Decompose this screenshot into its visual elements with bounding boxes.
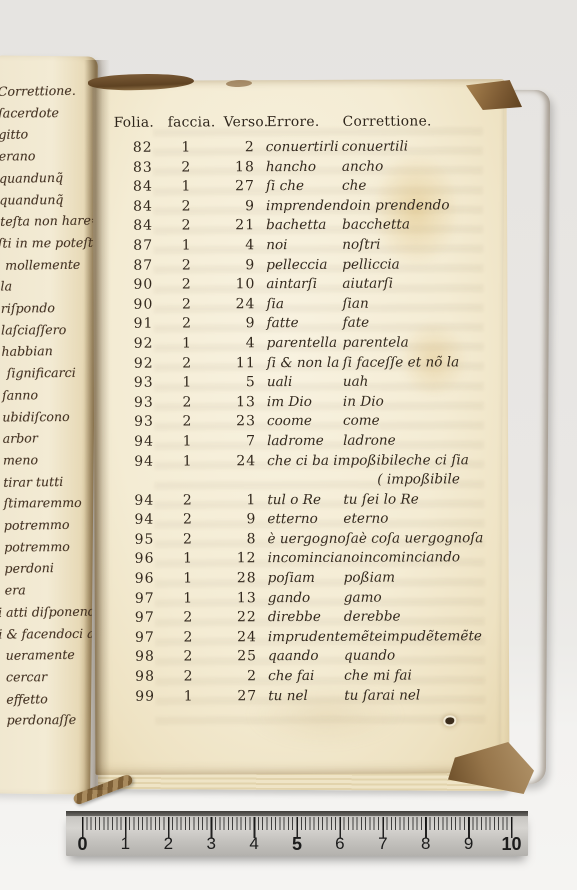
ruler-number: 0 — [77, 834, 87, 855]
cell-correttione: incominciando — [359, 550, 460, 566]
cell-verso: 18 — [217, 159, 255, 175]
cell-faccia: 1 — [174, 453, 200, 469]
header-folio: Folia. — [114, 115, 162, 131]
cell-faccia: 1 — [175, 551, 201, 567]
cell-verso: 1 — [218, 492, 256, 508]
cell-folio: 96 — [128, 571, 162, 587]
errata-row: 8729pellecciapelliccia — [93, 256, 507, 277]
cell-folio: 97 — [128, 590, 162, 606]
cell-folio: 90 — [126, 296, 160, 312]
ruler-number: 7 — [378, 834, 387, 854]
cell-errore: im Dio — [267, 394, 343, 410]
errata-row: 96128poſiampoßiam — [95, 569, 509, 590]
cell-errore: che ci ba impoßibile — [267, 452, 406, 469]
errata-row: 93213im Dioin Dio — [94, 393, 508, 414]
cell-errore: bachetta — [266, 217, 342, 233]
errata-row: 93223coomecome — [94, 412, 508, 433]
cell-correttione: che ci ſia — [406, 452, 469, 468]
cell-errore: fatte — [267, 315, 343, 331]
cell-correttione: tu ſarai nel — [344, 687, 420, 703]
cell-errore: direbbe — [268, 609, 344, 625]
errata-table-header: Folia. faccia. Verso. Errore. Correttion… — [93, 113, 507, 137]
errata-row: 8429imprendendoin prendendo — [93, 197, 507, 218]
cell-verso: 7 — [218, 433, 256, 449]
cell-errore: imprendendo — [266, 198, 358, 214]
parchment-cover-edge — [500, 90, 550, 784]
errata-row: 97222direbbederebbe — [95, 608, 509, 629]
cell-folio: 93 — [127, 394, 161, 410]
cell-faccia: 1 — [173, 179, 199, 195]
errata-row: 9129fattefate — [94, 314, 508, 335]
cell-correttione: fate — [343, 315, 370, 331]
cell-folio: 94 — [127, 492, 161, 508]
errata-row: 99127tu neltu ſarai nel — [95, 687, 509, 708]
cell-faccia: 2 — [173, 198, 199, 214]
cell-faccia: 2 — [174, 355, 200, 371]
cell-faccia: 2 — [174, 492, 200, 508]
errata-row: 97113gandogamo — [95, 589, 509, 610]
cell-correttione: conuertili — [342, 139, 408, 155]
cell-verso: 13 — [218, 394, 256, 410]
cell-correttione: aiutarſi — [342, 276, 393, 292]
cell-folio: 99 — [128, 688, 162, 704]
cell-verso: 12 — [219, 551, 257, 567]
cell-correttione: poßiam — [344, 570, 395, 586]
errata-row: 96112incomincianoincominciando — [95, 550, 509, 571]
cell-folio: 82 — [126, 140, 160, 156]
ruler-number: 4 — [249, 834, 258, 854]
cell-errore: ſi & non la — [267, 354, 343, 370]
cell-verso: 21 — [217, 218, 255, 234]
cell-faccia: 2 — [173, 218, 199, 234]
cell-correttione: ancho — [342, 158, 383, 174]
ruler: 012345678910 — [66, 811, 528, 856]
cell-correttione: eterno — [343, 511, 388, 527]
cell-faccia: 1 — [173, 139, 199, 155]
cell-folio: 97 — [128, 610, 162, 626]
cell-correttione: ( impoßibile — [377, 471, 460, 487]
cell-errore: ſi che — [266, 178, 342, 194]
cell-correttione: come — [343, 413, 380, 429]
cell-folio: 83 — [126, 159, 160, 175]
header-errore: Errore. — [267, 114, 340, 130]
cell-folio: 94 — [127, 512, 161, 528]
cell-faccia: 2 — [174, 531, 200, 547]
errata-row: 92211ſi & non laſi faceſſe et nõ la — [94, 354, 508, 375]
cell-errore: è uergognoſa — [267, 531, 358, 547]
cell-verso: 28 — [219, 570, 257, 586]
cell-folio: 90 — [126, 277, 160, 293]
cell-errore: che fai — [268, 668, 344, 684]
cell-faccia: 2 — [174, 394, 200, 410]
cell-faccia: 2 — [175, 629, 201, 645]
book-gutter-shadow — [84, 60, 110, 790]
cell-verso: 11 — [218, 355, 256, 371]
cell-verso: 4 — [217, 237, 255, 253]
cell-folio: 93 — [127, 375, 161, 391]
ruler-top-edge — [66, 811, 528, 816]
cell-correttione: tu ſei lo Re — [343, 491, 418, 507]
cell-errore: tul o Re — [267, 492, 343, 508]
cell-correttione: parentela — [343, 334, 409, 350]
errata-table: Folia. faccia. Verso. Errore. Correttion… — [93, 113, 510, 708]
ruler-number: 8 — [421, 834, 430, 854]
cell-folio: 84 — [126, 218, 160, 234]
errata-row: 8212conuertirliconuertili — [93, 138, 507, 159]
cell-correttione: ſi faceſſe et nõ la — [343, 354, 460, 371]
cell-errore: pelleccia — [266, 256, 342, 272]
cell-faccia: 1 — [174, 433, 200, 449]
cell-faccia: 1 — [175, 590, 201, 606]
cell-faccia: 1 — [174, 375, 200, 391]
cell-folio: 98 — [128, 669, 162, 685]
cell-faccia: 1 — [175, 688, 201, 704]
cell-correttione: derebbe — [344, 609, 401, 625]
errata-row: 83218hanchoancho — [93, 158, 507, 179]
cell-verso: 24 — [219, 629, 257, 645]
ruler-number: 5 — [292, 834, 302, 855]
cell-correttione: ladrone — [343, 432, 396, 448]
ruler-number: 10 — [501, 834, 521, 855]
cell-verso: 9 — [218, 511, 256, 527]
errata-row: 90210aintarſiaiutarſi — [93, 275, 507, 296]
cell-verso: 5 — [218, 374, 256, 390]
cell-errore: incominciano — [268, 550, 360, 566]
cell-folio: 94 — [127, 434, 161, 450]
cell-faccia: 1 — [175, 571, 201, 587]
cell-verso: 10 — [217, 276, 255, 292]
cell-verso: 8 — [218, 531, 256, 547]
cell-verso: 24 — [217, 296, 255, 312]
cell-errore: aintarſi — [266, 276, 342, 292]
errata-row: 8714noinoſtri — [93, 236, 507, 257]
cell-folio: 98 — [128, 649, 162, 665]
cell-faccia: 2 — [175, 649, 201, 665]
cell-faccia: 2 — [174, 414, 200, 430]
cell-verso: 4 — [218, 335, 256, 351]
cell-verso: 25 — [219, 649, 257, 665]
ruler-number: 2 — [164, 834, 173, 854]
ruler-number: 1 — [121, 834, 130, 854]
cell-folio: 84 — [126, 179, 160, 195]
cell-errore: poſiam — [268, 570, 344, 586]
cell-correttione: che — [342, 178, 366, 194]
cell-folio: 84 — [126, 198, 160, 214]
cell-folio: 92 — [127, 336, 161, 352]
cell-verso: 27 — [219, 688, 257, 704]
cell-correttione: quando — [344, 648, 395, 664]
errata-row: 9421tul o Retu ſei lo Re — [94, 491, 508, 512]
errata-row: 9528è uergognoſaè coſa uergognoſa — [94, 530, 508, 551]
cell-faccia: 2 — [173, 159, 199, 175]
cell-faccia: 2 — [173, 296, 199, 312]
cell-faccia: 2 — [174, 512, 200, 528]
cell-faccia: 2 — [175, 610, 201, 626]
cell-folio: 87 — [126, 238, 160, 254]
errata-row: 84221bachettabacchetta — [93, 216, 507, 237]
cell-verso: 24 — [218, 453, 256, 469]
errata-row: 84127ſi cheche — [93, 177, 507, 198]
cell-verso: 23 — [218, 414, 256, 430]
cell-verso: 2 — [219, 668, 257, 684]
cell-errore: coome — [267, 413, 343, 429]
cell-faccia: 1 — [174, 335, 200, 351]
cell-correttione: ſian — [342, 295, 368, 311]
cell-faccia: 1 — [173, 237, 199, 253]
cell-verso: 9 — [217, 198, 255, 214]
cell-verso: 13 — [219, 590, 257, 606]
cell-errore: uali — [267, 374, 343, 390]
cell-correttione: in prendendo — [358, 197, 450, 213]
cell-errore: noi — [266, 237, 342, 253]
header-faccia: faccia. — [168, 114, 220, 130]
errata-row: 9822che faiche mi fai — [95, 667, 509, 688]
cell-errore: tu nel — [268, 687, 344, 703]
cell-correttione: noſtri — [342, 237, 380, 253]
ruler-number: 3 — [206, 834, 215, 854]
cell-errore: conuertirli — [266, 139, 342, 155]
cell-errore: gando — [268, 589, 344, 605]
errata-row: 9315ualiuah — [94, 373, 508, 394]
cell-verso: 9 — [218, 316, 256, 332]
cell-errore: imprudentemẽte — [268, 628, 383, 645]
cell-correttione: impudẽtemẽte — [383, 628, 482, 644]
errata-row: 9429etternoeterno — [94, 510, 508, 531]
cell-faccia: 2 — [173, 257, 199, 273]
cell-errore: ſia — [266, 296, 342, 312]
cell-correttione: in Dio — [343, 393, 384, 409]
wormhole — [445, 717, 454, 724]
cell-errore: etterno — [267, 511, 343, 527]
cell-correttione: che mi fai — [344, 668, 412, 684]
errata-row: 94124che ci ba impoßibileche ci ſia — [94, 452, 508, 473]
cell-errore: qaando — [268, 648, 344, 664]
cell-verso: 9 — [217, 257, 255, 273]
cell-correttione: pelliccia — [342, 256, 400, 272]
cell-folio: 94 — [127, 453, 161, 469]
cell-faccia: 2 — [173, 277, 199, 293]
cell-faccia: 2 — [174, 316, 200, 332]
cell-verso: 2 — [217, 139, 255, 155]
cell-folio: 97 — [128, 629, 162, 645]
errata-rows: 8212conuertirliconuertili83218hanchoanch… — [93, 138, 509, 708]
errata-row: 9417ladromeladrone — [94, 432, 508, 453]
header-verso: Verso. — [224, 114, 267, 130]
cell-faccia: 2 — [175, 668, 201, 684]
cell-folio: 92 — [127, 355, 161, 371]
cell-correttione: gamo — [344, 589, 382, 605]
cell-folio: 91 — [127, 316, 161, 332]
errata-row: 98225qaandoquando — [95, 648, 509, 669]
cell-correttione: è coſa uergognoſa — [359, 530, 484, 547]
errata-page: Folia. faccia. Verso. Errore. Correttion… — [92, 79, 509, 775]
errata-row: ( impoßibile — [94, 471, 508, 492]
ruler-number: 9 — [464, 834, 473, 854]
cell-errore: parentella — [267, 335, 343, 351]
cell-correttione: uah — [343, 374, 369, 390]
errata-row: 90224ſiaſian — [93, 295, 507, 316]
errata-row: 97224imprudentemẽteimpudẽtemẽte — [95, 628, 509, 649]
cell-folio: 95 — [127, 531, 161, 547]
ruler-number: 6 — [335, 834, 344, 854]
cell-folio: 93 — [127, 414, 161, 430]
cell-errore: ladrome — [267, 433, 343, 449]
cell-verso: 22 — [219, 609, 257, 625]
cell-verso: 27 — [217, 178, 255, 194]
cell-folio: 87 — [126, 257, 160, 273]
cell-errore: hancho — [266, 158, 342, 174]
cell-correttione: bacchetta — [342, 217, 410, 233]
header-correttione: Correttione. — [343, 113, 432, 129]
errata-row: 9214parentellaparentela — [94, 334, 508, 355]
cell-folio: 96 — [128, 551, 162, 567]
